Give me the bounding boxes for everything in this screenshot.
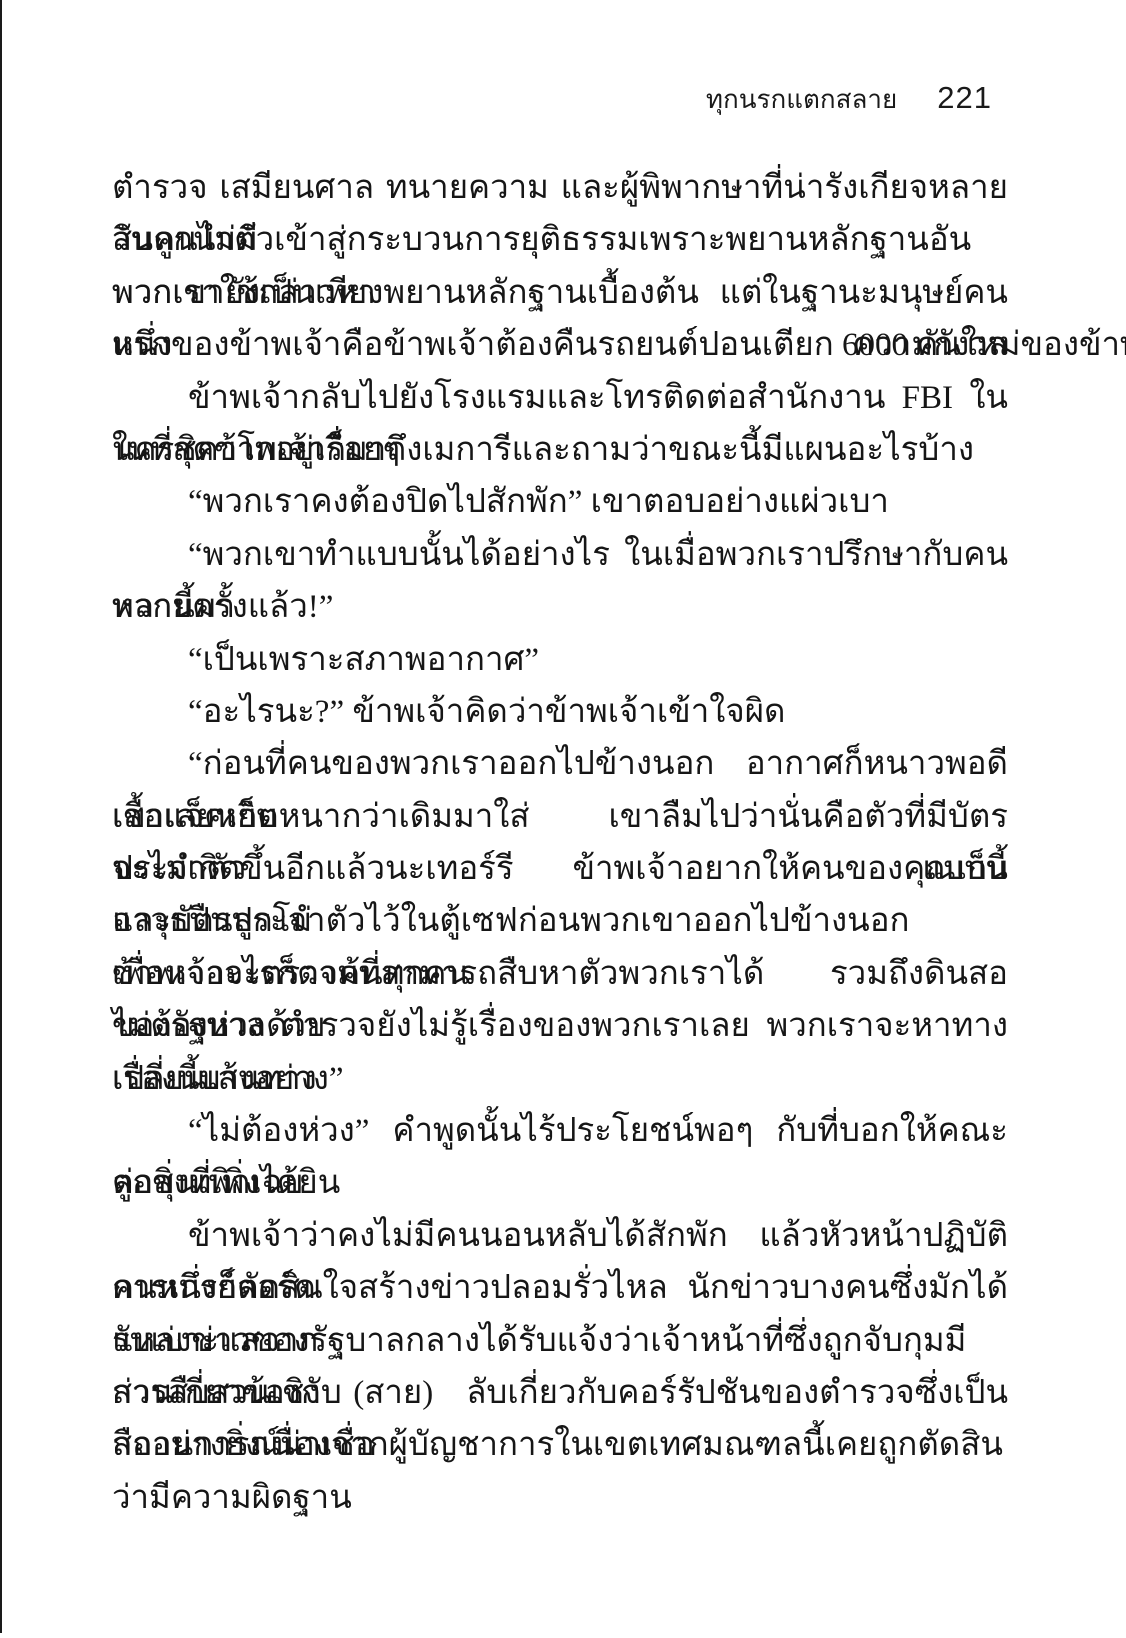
text-line: “พวกเขาทำแบบนั้นได้อย่างไร ในเมื่อพวกเรา… [112, 529, 1008, 581]
text-line: วันถูกนำตัวเข้าสู่กระบวนการยุติธรรมเพราะ… [112, 214, 1008, 266]
text-line: แรกของข้าพเจ้าคือข้าพเจ้าต้องคืนรถยนต์ปอ… [112, 319, 1008, 371]
text-line: ข้าพเจ้าว่าคงไม่มีคนนอนหลับได้สักพัก แล้… [112, 1210, 1008, 1262]
text-line: แหล่งข่าวของรัฐบาลกลางได้รับแจ้งว่าเจ้าห… [112, 1315, 1008, 1367]
text-line: ถืออย่างยิ่งเนื่องจากผู้บัญชาการในเขตเทศ… [112, 1419, 1008, 1471]
text-line: เสื้อแจ็คเก็ตหนากว่าเดิมมาใส่ เขาลืมไปว่… [112, 791, 1008, 843]
text-line: หลายครั้งแล้ว!” [112, 581, 1008, 633]
text-line: ไม่ต้องห่วง ตำรวจยังไม่รู้เรื่องของพวกเร… [112, 1000, 1008, 1052]
text-line: “เป็นเพราะสภาพอากาศ” [112, 634, 1008, 686]
text-line: ข้าพเจ้ากลับไปยังโรงแรมและโทรติดต่อสำนัก… [112, 372, 1008, 424]
text-line: “พวกเราคงต้องปิดไปสักพัก” เขาตอบอย่างแผ่… [112, 476, 1008, 528]
book-title: ทุกนรกแตกสลาย [706, 86, 897, 112]
text-line: และบัตรประจำตัวไว้ในตู้เซฟก่อนพวกเขาออกไ… [112, 895, 1008, 947]
running-header: ทุกนรกแตกสลาย 221 [112, 82, 1008, 113]
text-line: คนหนึ่งก็ตัดสินใจสร้างข่าวปลอมรั่วไหล นั… [112, 1262, 1008, 1314]
text-line: การสืบสวนเชิง (สาย) ลับเกี่ยวกับคอร์รัปช… [112, 1367, 1008, 1419]
text-line: “ก่อนที่คนของพวกเราออกไปข้างนอก อากาศก็ห… [112, 738, 1008, 790]
scan-edge-line [0, 0, 2, 1633]
text-line: ต่อสิ่งที่เพิ่งได้ยิน [112, 1157, 1008, 1209]
text-line: จะไม่เกิดขึ้นอีกแล้วนะเทอร์รี ข้าพเจ้าอย… [112, 843, 1008, 895]
text-line: “ไม่ต้องห่วง” คำพูดนั้นไร้ประโยชน์พอๆ กั… [112, 1105, 1008, 1157]
text-line: “อะไรนะ?” ข้าพเจ้าคิดว่าข้าพเจ้าเข้าใจผิ… [112, 686, 1008, 738]
text-line: เรื่องนี้บางอย่าง” [112, 1053, 1008, 1105]
text-line: พวกเขายังเป็นเพียงพยานหลักฐานเบื้องต้น แ… [112, 267, 1008, 319]
body-text: ตำรวจ เสมียนศาล ทนายความ และผู้พิพากษาที… [112, 162, 1008, 1472]
text-line: ในที่สุดข้าพเจ้าก็มาถึงเมการีและถามว่าขณ… [112, 424, 1008, 476]
book-page: ทุกนรกแตกสลาย 221 ตำรวจ เสมียนศาล ทนายคว… [0, 0, 1126, 1638]
text-line: เพื่อหาอะไรก็ตามที่สามารถสืบหาตัวพวกเราไ… [112, 948, 1008, 1000]
page-number: 221 [937, 82, 992, 113]
text-line: ตำรวจ เสมียนศาล ทนายความ และผู้พิพากษาที… [112, 162, 1008, 214]
